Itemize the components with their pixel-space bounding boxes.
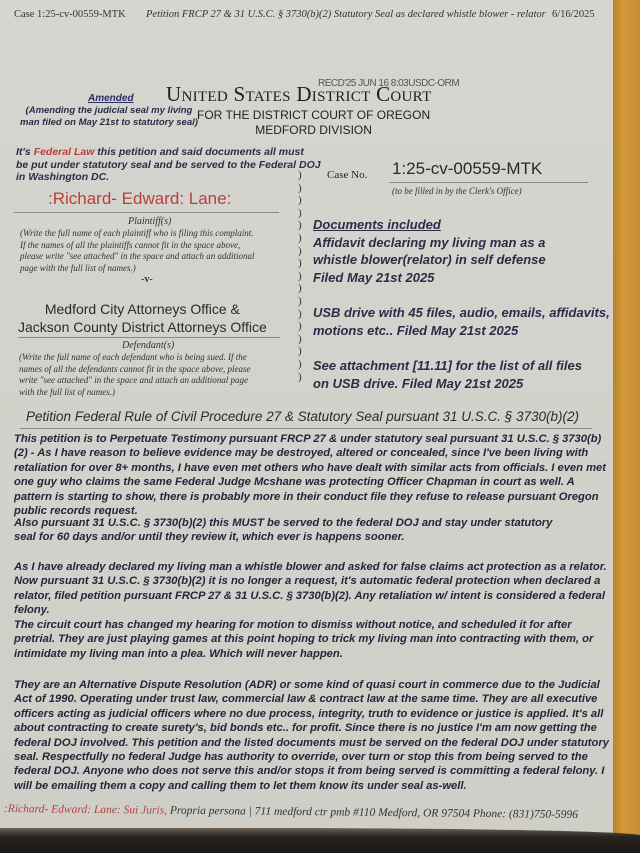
case-number-label: Case No. (327, 169, 367, 181)
case-number-underline (389, 182, 588, 183)
document-item-line: motions etc.. Filed May 21st 2025 (313, 322, 610, 340)
notice-text: this petition and said documents all mus… (94, 146, 303, 158)
notice-text: be put under statutory seal and be serve… (16, 159, 321, 172)
petition-paragraph-2: Also pursuant 31 U.S.C. § 3730(b)(2) thi… (14, 516, 554, 545)
petition-paragraph-5: They are an Alternative Dispute Resoluti… (14, 678, 612, 793)
petition-title-underline (20, 428, 592, 429)
document-page: Case 1:25-cv-00559-MTK Petition FRCP 27 … (0, 0, 613, 832)
clerk-note: (to be filled in by the Clerk's Office) (392, 186, 522, 196)
instruction-line: If the names of all the plaintiffs canno… (20, 240, 255, 252)
petition-paragraph-3: As I have already declared my living man… (14, 560, 614, 618)
federal-law-highlight: Federal Law (34, 146, 95, 158)
caption-bracket-column: ))))))))))))))))) (298, 169, 302, 383)
petition-paragraph-1: This petition is to Perpetuate Testimony… (14, 432, 614, 518)
document-item-line: USB drive with 45 files, audio, emails, … (313, 304, 610, 322)
defendant-underline (18, 337, 280, 338)
folder-edge (613, 0, 640, 853)
case-number: 1:25-cv-00559-MTK (392, 159, 542, 179)
court-title: United States District Court (166, 82, 432, 107)
instruction-line: (Write the full name of each defendant w… (19, 352, 250, 364)
document-item-line: Affidavit declaring my living man as a (313, 234, 546, 252)
instruction-line: page with the full list of names.) (20, 263, 255, 275)
header-case-ref: Case 1:25-cv-00559-MTK (14, 9, 126, 20)
notice-prefix: It's (16, 146, 34, 158)
defendant-name: Medford City Attorneys Office & Jackson … (18, 300, 267, 336)
instruction-line: with the full list of names.) (19, 387, 250, 399)
header-date: 6/16/2025 (552, 9, 595, 20)
defendant-name-line: Jackson County District Attorneys Office (18, 318, 267, 336)
plaintiff-instructions: (Write the full name of each plaintiff w… (20, 228, 255, 274)
document-item-line: Filed May 21st 2025 (313, 269, 546, 287)
document-item-line: whistle blower(relator) in self defense (313, 251, 546, 269)
header-description: Petition FRCP 27 & 31 U.S.C. § 3730(b)(2… (146, 9, 546, 20)
petition-paragraph-4: The circuit court has changed my hearing… (14, 618, 614, 661)
defendant-role-label: Defendant(s) (122, 340, 174, 351)
federal-law-notice: It's Federal Law this petition and said … (16, 146, 321, 184)
division-line: MEDFORD DIVISION (197, 123, 430, 138)
defendant-instructions: (Write the full name of each defendant w… (19, 352, 250, 398)
signature-contact: Propria persona | 711 medford ctr pmb #1… (167, 805, 578, 821)
signature-name: :Richard- Edward: Lane: Sui Juris, (4, 803, 167, 817)
petition-title: Petition Federal Rule of Civil Procedure… (26, 409, 579, 424)
instruction-line: (Write the full name of each plaintiff w… (20, 228, 255, 240)
instruction-line: write "see attached" in the space and at… (19, 375, 250, 387)
amendment-note: (Amending the judicial seal my living ma… (20, 105, 198, 129)
documents-heading: Documents included (313, 216, 546, 234)
documents-included: Documents included Affidavit declaring m… (313, 216, 546, 286)
district-heading: FOR THE DISTRICT COURT OF OREGON MEDFORD… (197, 108, 430, 138)
plaintiff-underline (14, 212, 279, 213)
document-item-usb: USB drive with 45 files, audio, emails, … (313, 304, 610, 339)
amended-label: Amended (88, 93, 134, 104)
instruction-line: please write "see attached" in the space… (20, 251, 255, 263)
plaintiff-role-label: Plaintiff(s) (128, 216, 171, 227)
district-line: FOR THE DISTRICT COURT OF OREGON (197, 108, 430, 123)
defendant-name-line: Medford City Attorneys Office & (18, 300, 267, 318)
notice-text: in Washington DC. (16, 171, 321, 184)
document-item-line: See attachment [11.11] for the list of a… (313, 357, 582, 375)
versus-label: -v- (141, 274, 153, 285)
document-item-line: on USB drive. Filed May 21st 2025 (313, 375, 582, 393)
instruction-line: names of all the defendants cannot fit i… (19, 364, 250, 376)
document-item-attachment: See attachment [11.11] for the list of a… (313, 357, 582, 392)
plaintiff-name: :Richard- Edward: Lane: (48, 189, 231, 209)
bottom-shadow (0, 828, 640, 853)
amendment-note-line: man filed on May 21st to statutory seal) (20, 117, 198, 129)
signature-line: :Richard- Edward: Lane: Sui Juris, Propr… (4, 803, 578, 821)
amendment-note-line: (Amending the judicial seal my living (20, 105, 198, 117)
